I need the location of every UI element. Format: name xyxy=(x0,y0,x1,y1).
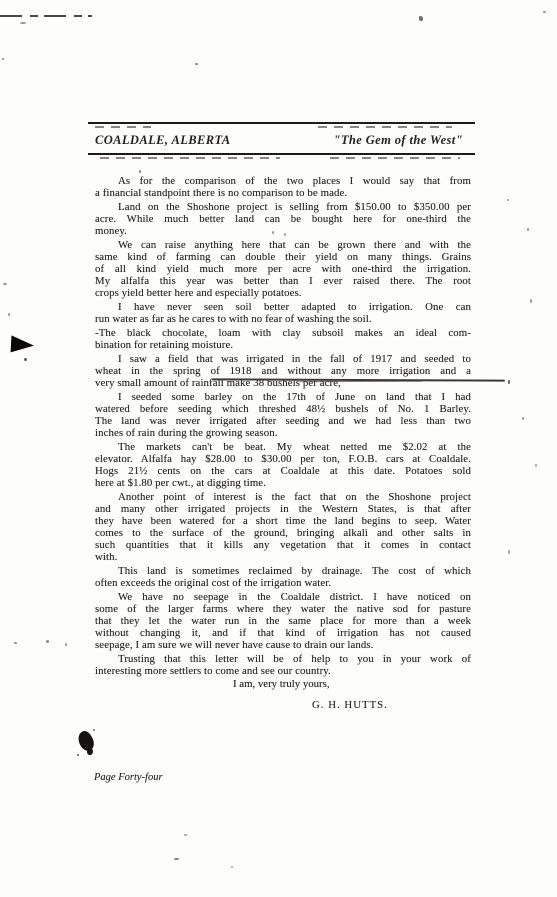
text-line: with. xyxy=(95,551,471,563)
scan-speck xyxy=(195,63,198,65)
ink-blot xyxy=(75,729,97,753)
pen-mark xyxy=(508,380,510,384)
header-rule-top-dashes xyxy=(318,126,452,128)
text-line: comes to the surface of the ground, brin… xyxy=(95,527,471,539)
scan-speck xyxy=(530,299,532,303)
text-line: inches of rain during the growing season… xyxy=(95,427,471,439)
text-line: I saw a field that was irrigated in the … xyxy=(95,353,471,365)
letter-paragraph: The markets can't be beat. My wheat nett… xyxy=(95,441,471,489)
text-line: run water as far as he cares to with no … xyxy=(95,313,471,325)
scan-speck xyxy=(543,11,546,13)
scan-speck xyxy=(139,170,141,173)
letter-paragraph: Trusting that this letter will be of hel… xyxy=(95,653,471,677)
text-line: seepage, I am sure we will never have ca… xyxy=(95,639,471,651)
scan-speck xyxy=(14,642,17,644)
letter-paragraph: We have no seepage in the Coaldale distr… xyxy=(95,591,471,651)
masthead-location: COALDALE, ALBERTA xyxy=(95,133,231,148)
header-rule-top-dashes xyxy=(95,126,151,128)
margin-pointer-mark xyxy=(11,335,35,353)
scan-speck xyxy=(184,834,187,836)
text-line: watered before seeding which threshed 48… xyxy=(95,403,471,415)
text-line: here at $1.80 per cwt., at digging time. xyxy=(95,477,471,489)
text-line: and many other irrigated projects in the… xyxy=(95,503,471,515)
letter-paragraph: Another point of interest is the fact th… xyxy=(95,491,471,563)
text-line: bination for retaining moisture. xyxy=(95,339,471,351)
text-line: money. xyxy=(95,225,471,237)
masthead-motto: "The Gem of the West" xyxy=(334,133,463,148)
text-line: that they let the water run in the same … xyxy=(95,615,471,627)
scanned-letter-page: COALDALE, ALBERTA "The Gem of the West" … xyxy=(0,0,557,897)
letter-paragraph: I seeded some barley on the 17th of June… xyxy=(95,391,471,439)
text-line: We have no seepage in the Coaldale distr… xyxy=(95,591,471,603)
text-line: The markets can't be beat. My wheat nett… xyxy=(95,441,471,453)
scan-speck xyxy=(46,640,49,643)
text-line: without changing it, and if that kind of… xyxy=(95,627,471,639)
scan-speck xyxy=(419,16,423,21)
scan-speck xyxy=(231,866,233,868)
text-line: a financial standpoint there is no compa… xyxy=(95,187,471,199)
scan-speck xyxy=(508,550,510,554)
text-line: they have been watered for a short time … xyxy=(95,515,471,527)
scan-speck xyxy=(24,358,27,361)
text-line: I have never seen soil better adapted to… xyxy=(95,301,471,313)
letter-signature: G. H. HUTTS. xyxy=(312,699,388,711)
scan-speck xyxy=(527,228,529,231)
text-line: My alfalfa this year was better than I e… xyxy=(95,275,471,287)
letter-paragraph: Land on the Shoshone project is selling … xyxy=(95,201,471,237)
text-line: We can raise anything here that can be g… xyxy=(95,239,471,251)
letter-paragraph: I saw a field that was irrigated in the … xyxy=(95,353,471,389)
scan-speck xyxy=(20,22,26,24)
scan-speck xyxy=(65,643,67,646)
text-line: Another point of interest is the fact th… xyxy=(95,491,471,503)
text-line: interesting more settlers to come and se… xyxy=(95,665,471,677)
letter-paragraph: We can raise anything here that can be g… xyxy=(95,239,471,299)
text-line: The land was never irrigated after seedi… xyxy=(95,415,471,427)
scan-speck xyxy=(3,283,7,285)
page-number: Page Forty-four xyxy=(94,772,163,783)
letter-closing: I am, very truly yours, xyxy=(233,678,330,690)
text-line: crops yield better here and especially p… xyxy=(95,287,471,299)
text-line: such quantities that it kills any vegeta… xyxy=(95,539,471,551)
scan-speck xyxy=(522,417,524,420)
scan-speck xyxy=(507,199,509,201)
header-rule-bottom xyxy=(88,153,475,155)
letter-paragraph: -The black chocolate, loam with clay sub… xyxy=(95,327,471,351)
scan-speck xyxy=(2,58,4,60)
header-rule-top xyxy=(88,122,475,124)
text-line: of all kind yield much more per acre wit… xyxy=(95,263,471,275)
letter-body: As for the comparison of the two places … xyxy=(95,175,471,677)
text-line: As for the comparison of the two places … xyxy=(95,175,471,187)
scan-speck xyxy=(272,231,274,234)
text-line: Trusting that this letter will be of hel… xyxy=(95,653,471,665)
letter-paragraph: As for the comparison of the two places … xyxy=(95,175,471,199)
letter-paragraph: This land is sometimes reclaimed by drai… xyxy=(95,565,471,589)
scan-speck xyxy=(535,464,537,467)
text-line: Hogs 21½ cents on the cars at Coaldale a… xyxy=(95,465,471,477)
text-line: some of the larger farms where they wate… xyxy=(95,603,471,615)
ink-blot xyxy=(86,747,94,755)
letter-paragraph: I have never seen soil better adapted to… xyxy=(95,301,471,325)
text-line: Land on the Shoshone project is selling … xyxy=(95,201,471,213)
text-line: same kind of farming can double their yi… xyxy=(95,251,471,263)
text-line: elevator. Alfalfa hay $28.00 to $30.00 p… xyxy=(95,453,471,465)
text-line: acre. While much better land can be boug… xyxy=(95,213,471,225)
text-line: often exceeds the original cost of the i… xyxy=(95,577,471,589)
text-line: This land is sometimes reclaimed by drai… xyxy=(95,565,471,577)
text-line: wheat in the spring of 1918 and without … xyxy=(95,365,471,377)
ink-splatter xyxy=(93,729,95,731)
scan-speck xyxy=(174,858,179,860)
scan-speck xyxy=(284,233,286,236)
text-line: I seeded some barley on the 17th of June… xyxy=(95,391,471,403)
scan-edge-mark xyxy=(0,15,92,17)
scan-speck xyxy=(8,313,10,316)
ink-splatter xyxy=(77,754,79,756)
text-line: -The black chocolate, loam with clay sub… xyxy=(95,327,471,339)
masthead: COALDALE, ALBERTA "The Gem of the West" xyxy=(95,133,463,148)
header-rule-bottom-dashes xyxy=(100,157,280,159)
header-rule-bottom-dashes xyxy=(330,157,460,159)
